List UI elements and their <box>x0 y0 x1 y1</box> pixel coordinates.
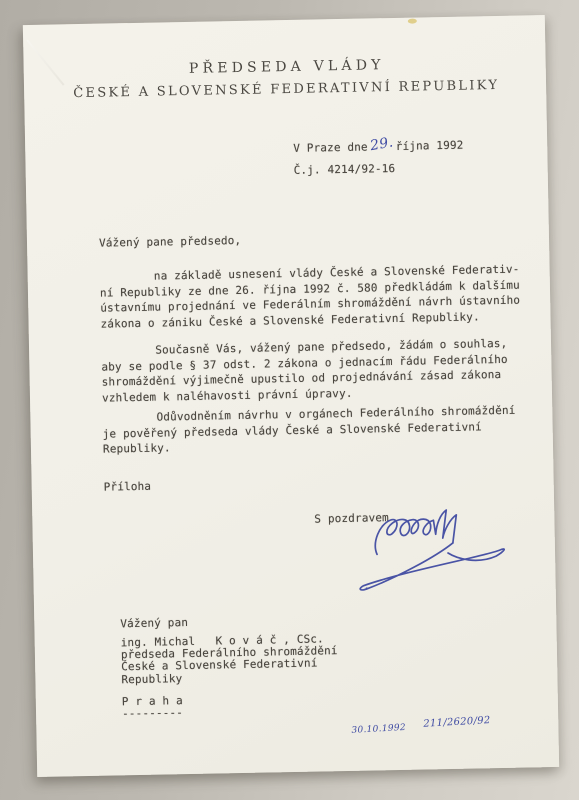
paper-stain <box>408 19 417 24</box>
photo-background: PŘEDSEDA VLÁDY ČESKÉ A SLOVENSKÉ FEDERAT… <box>0 0 579 800</box>
salutation: Vážený pane předsedo, <box>99 233 242 251</box>
paragraph-1: na základě usnesení vlády České a Sloven… <box>100 262 521 332</box>
recipient-city: P r a h a --------- <box>122 695 183 719</box>
handwritten-file-number: 211/2620/92 <box>423 715 491 730</box>
paragraph-2: Současně Vás, vážený pane předsedo, žádá… <box>101 336 508 406</box>
recipient-address: ing. Michal K o v á č , CSc. předseda Fe… <box>121 633 339 686</box>
enclosure-note: Příloha <box>104 479 152 495</box>
handwritten-day: 29. <box>367 135 395 155</box>
letterhead: PŘEDSEDA VLÁDY ČESKÉ A SLOVENSKÉ FEDERAT… <box>24 54 547 102</box>
reference-number: Č.j. 4214/92-16 <box>294 161 396 178</box>
date-prefix: V Praze dne <box>293 140 368 154</box>
handwritten-received-date: 30.10.1992 <box>351 723 406 736</box>
recipient-intro: Vážený pan <box>120 615 188 632</box>
letterhead-title: PŘEDSEDA VLÁDY <box>24 54 546 80</box>
letter-page: PŘEDSEDA VLÁDY ČESKÉ A SLOVENSKÉ FEDERAT… <box>23 15 559 777</box>
paragraph-3: Odůvodněním návrhu v orgánech Federálníh… <box>102 403 516 457</box>
date-suffix: října 1992 <box>396 139 464 153</box>
letterhead-subtitle: ČESKÉ A SLOVENSKÉ FEDERATIVNÍ REPUBLIKY <box>24 77 546 102</box>
date-line: V Praze dne29.října 1992 <box>293 138 464 157</box>
signature-icon <box>346 504 518 605</box>
